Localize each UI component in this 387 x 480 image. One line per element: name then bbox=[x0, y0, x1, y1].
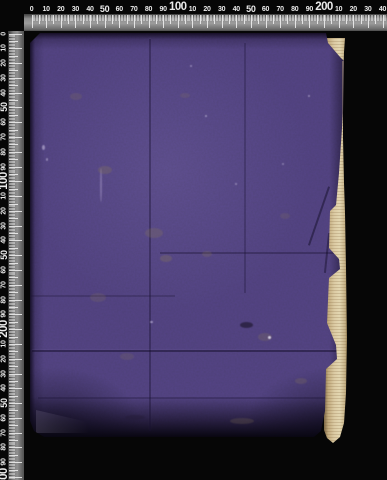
cover-scuff-mark bbox=[145, 228, 163, 238]
left-ruler-label: 40 bbox=[1, 237, 8, 244]
cover-scuff-mark bbox=[46, 158, 48, 161]
left-ruler-label: 70 bbox=[1, 429, 8, 436]
top-ruler-label: 30 bbox=[218, 6, 225, 13]
cover-scuff-mark bbox=[120, 353, 134, 360]
book-cover bbox=[30, 33, 345, 437]
cover-scuff-mark bbox=[42, 145, 45, 150]
cover-scuff-mark bbox=[308, 95, 310, 97]
left-ruler-label: 30 bbox=[1, 370, 8, 377]
top-ruler-label: 20 bbox=[350, 6, 357, 13]
left-ruler-label: 10 bbox=[1, 193, 8, 200]
left-ruler-label: 30 bbox=[1, 74, 8, 81]
scan-photo-canvas: 0102030405060708090100102030405060708090… bbox=[0, 0, 387, 480]
left-ruler-label: 10 bbox=[1, 45, 8, 52]
left-ruler-label: 70 bbox=[1, 133, 8, 140]
cover-scuff-mark bbox=[160, 255, 172, 262]
top-ruler-label: 40 bbox=[379, 6, 386, 13]
top-ruler-label: 80 bbox=[291, 6, 298, 13]
top-ruler-label: 60 bbox=[116, 6, 123, 13]
left-ruler-label: 40 bbox=[1, 385, 8, 392]
left-ruler-label: 50 bbox=[0, 398, 9, 407]
cover-scuff-mark bbox=[202, 251, 212, 257]
cover-scuff-mark bbox=[190, 65, 192, 67]
top-ruler-label: 30 bbox=[72, 6, 79, 13]
cover-scuff-mark bbox=[125, 415, 145, 420]
cover-scuff-mark bbox=[90, 293, 106, 302]
left-ruler-label: 60 bbox=[1, 266, 8, 273]
left-ruler-label: 90 bbox=[1, 459, 8, 466]
left-ruler-label: 100 bbox=[0, 173, 10, 190]
top-ruler-label: 40 bbox=[86, 6, 93, 13]
cover-scuff-mark bbox=[205, 115, 207, 117]
cover-crease bbox=[244, 43, 246, 293]
cover-crease bbox=[38, 397, 336, 399]
cover-scuff-mark bbox=[230, 418, 254, 424]
cover-scuff-mark bbox=[235, 183, 237, 185]
cover-scuff-mark bbox=[240, 322, 253, 328]
top-ruler-label: 50 bbox=[246, 4, 255, 14]
top-ruler-label: 20 bbox=[203, 6, 210, 13]
cover-scuff-mark bbox=[70, 93, 82, 100]
top-ruler-label: 10 bbox=[189, 6, 196, 13]
left-ruler-label: 10 bbox=[1, 340, 8, 347]
top-ruler-label: 200 bbox=[315, 1, 332, 13]
cover-scuff-mark bbox=[180, 93, 190, 98]
left-ruler-label: 20 bbox=[1, 355, 8, 362]
cover-crease bbox=[32, 350, 340, 352]
top-ruler-label: 80 bbox=[145, 6, 152, 13]
left-ruler-label: 0 bbox=[1, 32, 8, 36]
left-ruler-label: 40 bbox=[1, 89, 8, 96]
top-ruler-label: 30 bbox=[364, 6, 371, 13]
top-ruler-label: 90 bbox=[306, 6, 313, 13]
left-ruler-label: 80 bbox=[1, 444, 8, 451]
left-ruler-label: 50 bbox=[0, 251, 9, 260]
top-ruler-label: 10 bbox=[43, 6, 50, 13]
left-ruler-label: 300 bbox=[0, 468, 10, 480]
top-ruler-label: 0 bbox=[30, 6, 34, 13]
top-ruler-label: 10 bbox=[335, 6, 342, 13]
left-ruler-label: 20 bbox=[1, 207, 8, 214]
left-ruler-label: 80 bbox=[1, 148, 8, 155]
cover-scuff-mark bbox=[282, 163, 284, 165]
top-ruler-label: 20 bbox=[57, 6, 64, 13]
top-ruler-label: 60 bbox=[262, 6, 269, 13]
left-ruler-label: 90 bbox=[1, 163, 8, 170]
top-ruler-label: 70 bbox=[277, 6, 284, 13]
left-ruler-label: 60 bbox=[1, 414, 8, 421]
top-ruler-partial-label: 100 bbox=[99, 0, 115, 3]
top-ruler-label: 70 bbox=[130, 6, 137, 13]
top-ruler-label: 50 bbox=[100, 4, 109, 14]
cover-scuff-mark bbox=[150, 321, 153, 323]
top-ruler-label: 100 bbox=[169, 1, 186, 13]
top-ruler-label: 40 bbox=[233, 6, 240, 13]
left-ruler-label: 30 bbox=[1, 222, 8, 229]
left-ruler-label: 60 bbox=[1, 119, 8, 126]
top-ruler-label: 90 bbox=[160, 6, 167, 13]
left-ruler-label: 20 bbox=[1, 59, 8, 66]
cover-scuff-mark bbox=[280, 213, 290, 219]
cover-scuff-mark bbox=[295, 378, 307, 384]
left-ruler-label: 50 bbox=[0, 103, 9, 112]
left-ruler-label: 200 bbox=[0, 320, 10, 337]
left-ruler-label: 80 bbox=[1, 296, 8, 303]
left-ruler-label: 90 bbox=[1, 311, 8, 318]
cover-crease bbox=[160, 252, 340, 254]
cover-scuff-mark bbox=[98, 166, 112, 174]
left-ruler-label: 70 bbox=[1, 281, 8, 288]
cover-scuff-mark bbox=[268, 336, 271, 339]
